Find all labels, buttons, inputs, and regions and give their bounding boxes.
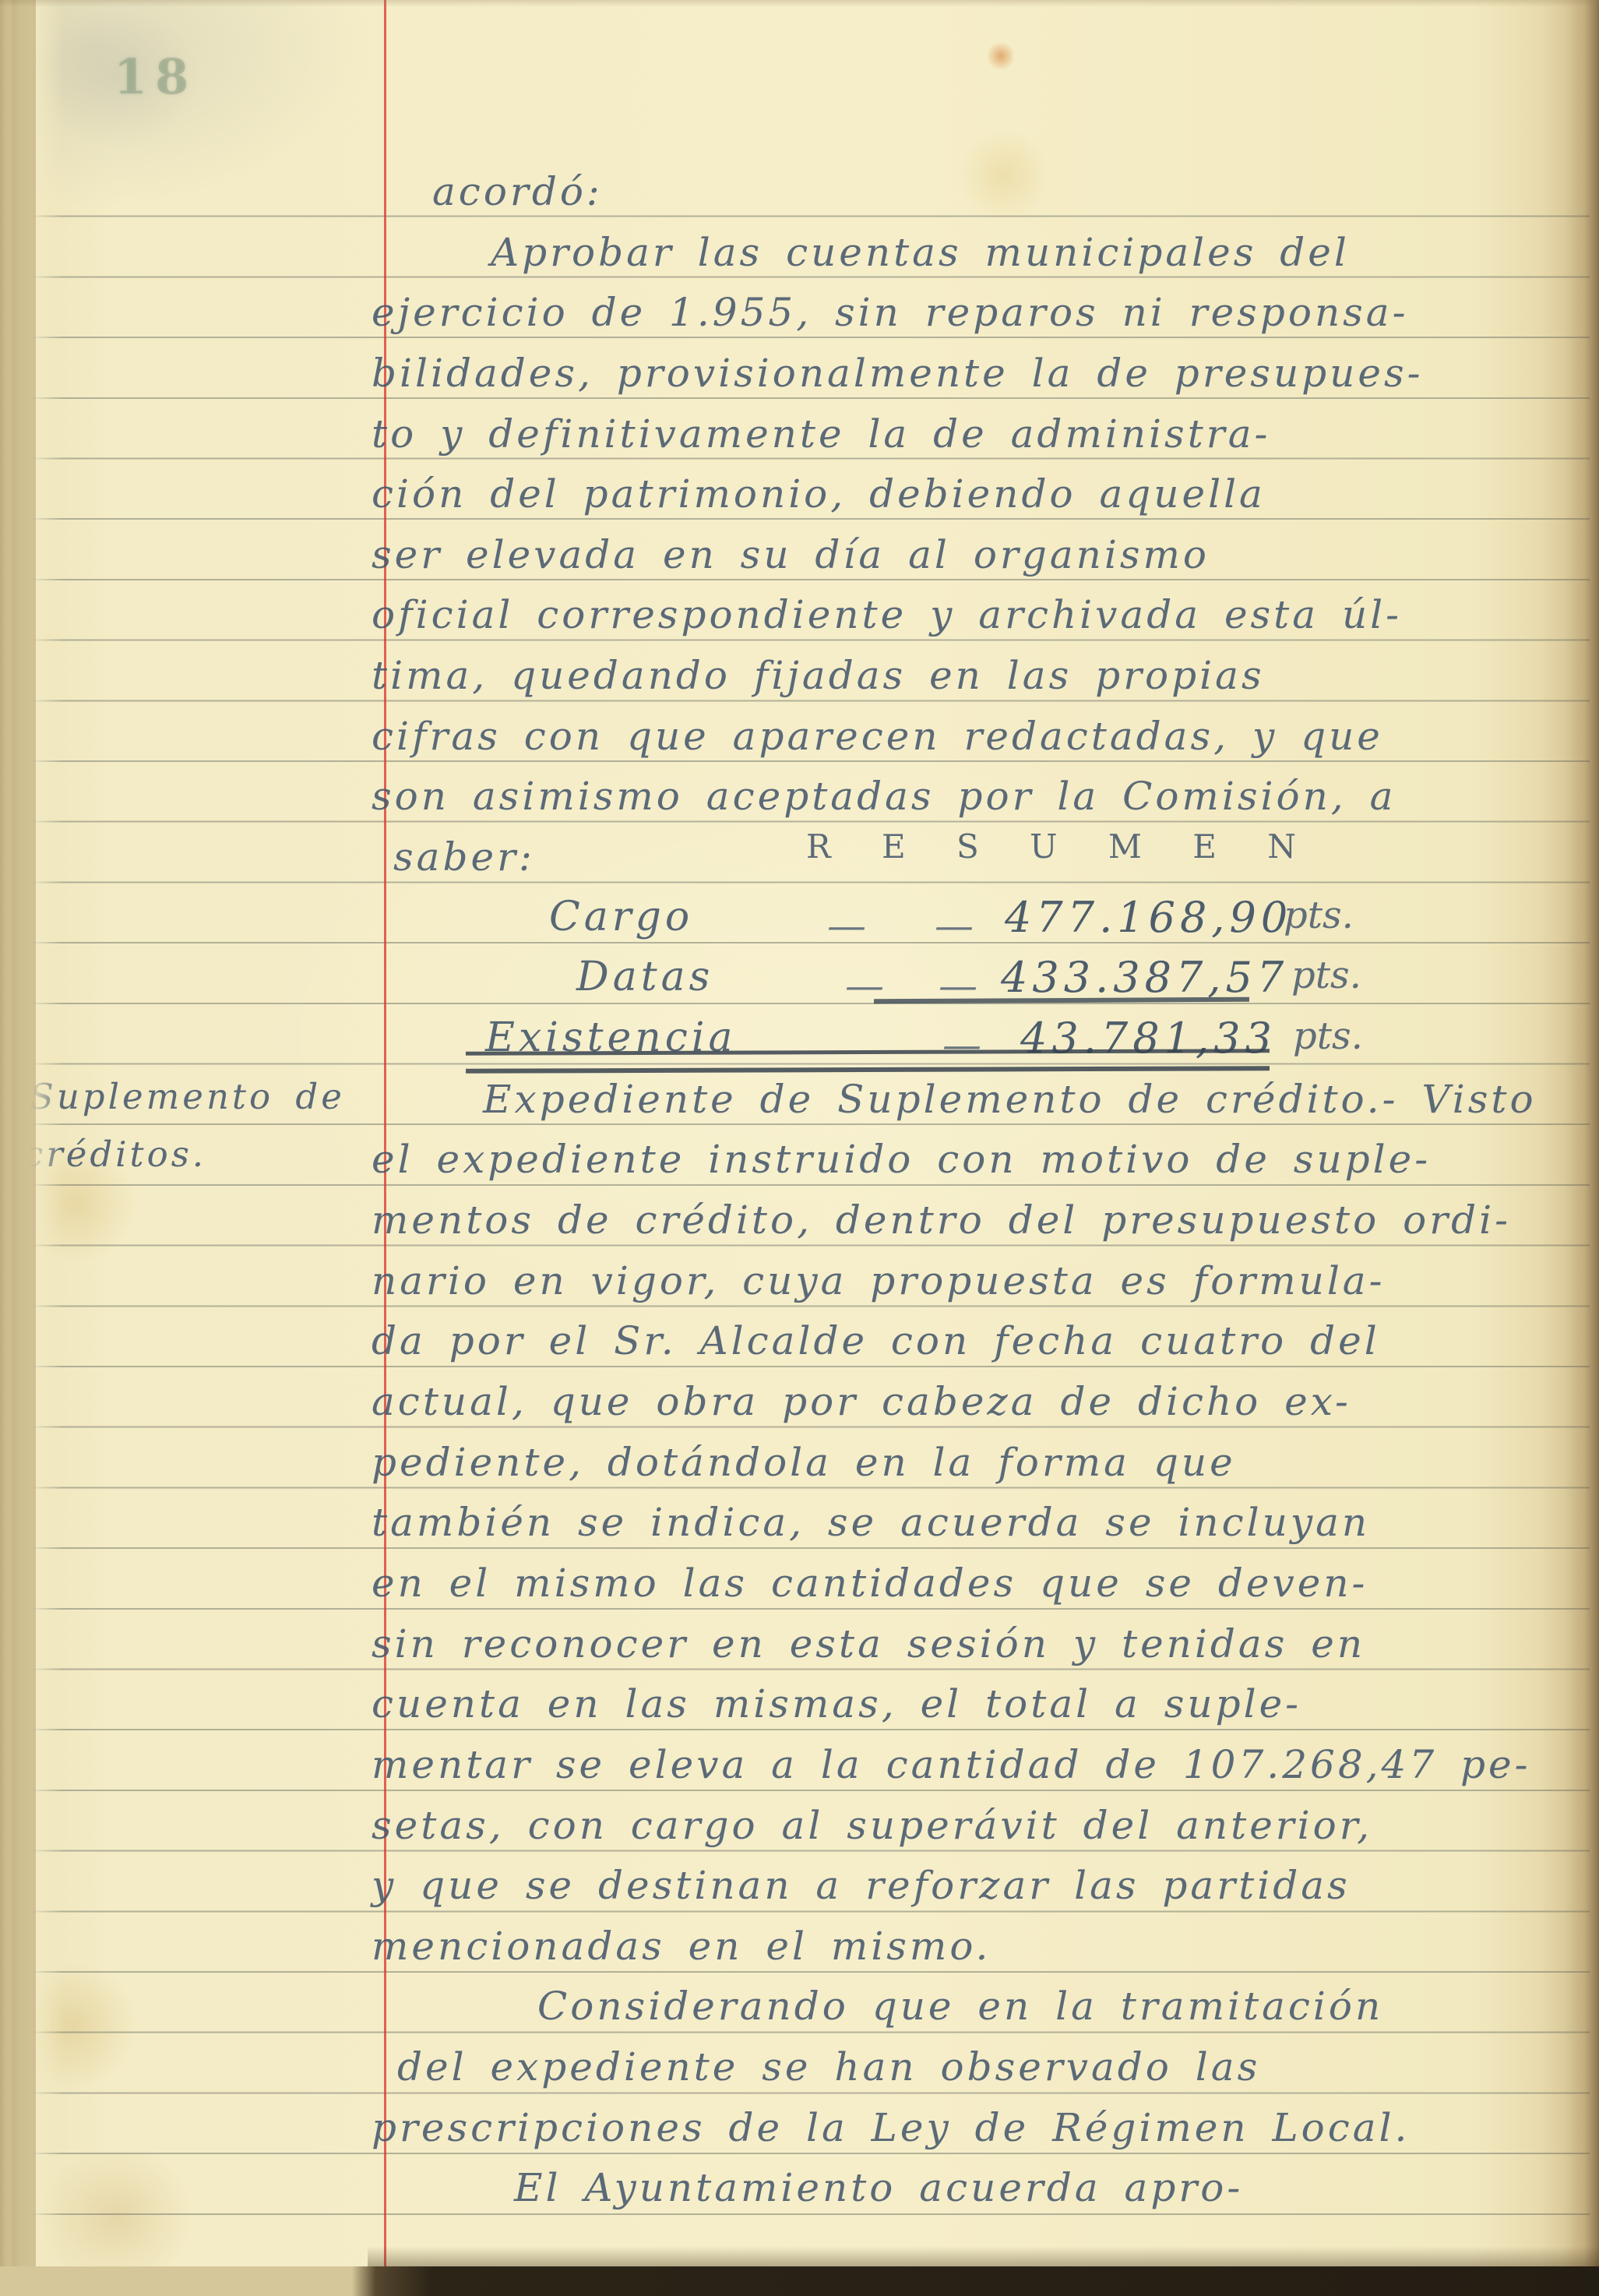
handwritten-line: cifras con que aparecen redactadas, y qu…: [372, 715, 1383, 757]
resumen-intro: saber:: [393, 836, 535, 878]
handwritten-line: oficial correspondiente y archivada esta…: [372, 594, 1402, 636]
resumen-row-unit: pts.: [1293, 1018, 1363, 1055]
resumen-title: R E S U M E N: [806, 831, 1316, 863]
binding-edge: [0, 0, 62, 2296]
handwritten-line: Expediente de Suplemento de crédito.- Vi…: [483, 1078, 1537, 1120]
scanned-manuscript-page: { "colors": { "paper": "#f4ecc6", "ink":…: [0, 0, 1599, 2296]
handwritten-line: sin reconocer en esta sesión y tenidas e…: [372, 1623, 1365, 1665]
resumen-row-dash: —: [935, 906, 974, 945]
handwritten-line: ción del patrimonio, debiendo aquella: [372, 473, 1266, 515]
margin-note-line: Suplemento de: [30, 1078, 345, 1116]
handwritten-line: en el mismo las cantidades que se deven-: [372, 1562, 1368, 1604]
page-bottom-shadow: [368, 2246, 1599, 2268]
handwritten-line: to y definitivamente la de administra-: [372, 413, 1270, 455]
page-number-stamp: 18: [114, 53, 196, 101]
handwritten-line: da por el Sr. Alcalde con fecha cuatro d…: [372, 1320, 1380, 1362]
handwritten-line: también se indica, se acuerda se incluya…: [372, 1501, 1370, 1543]
handwritten-line: ejercicio de 1.955, sin reparos ni respo…: [372, 291, 1409, 333]
resumen-row-unit: pts.: [1291, 957, 1361, 994]
handwritten-line: cuenta en las mismas, el total a suple-: [372, 1683, 1301, 1725]
handwritten-line: son asimismo aceptadas por la Comisión, …: [372, 775, 1396, 817]
handwritten-line: tima, quedando fijadas en las propias: [372, 654, 1265, 697]
handwritten-line: ser elevada en su día al organismo: [372, 534, 1210, 576]
handwritten-line: Considerando que en la tramitación: [537, 1985, 1383, 2027]
resumen-row-datas: Datas — — 433.387,57 pts.: [0, 957, 1599, 1011]
resumen-row-amount: 477.168,90: [1005, 897, 1292, 939]
page-top-edge: [0, 0, 1599, 7]
resumen-row-amount: 433.387,57: [1001, 957, 1288, 999]
handwritten-line: prescripciones de la Ley de Régimen Loca…: [372, 2107, 1410, 2149]
handwritten-line: mentar se eleva a la cantidad de 107.268…: [372, 1744, 1531, 1786]
handwritten-line: setas, con cargo al superávit del anteri…: [372, 1804, 1372, 1846]
handwritten-line: Aprobar las cuentas municipales del: [491, 231, 1350, 273]
total-double-underline: [466, 1049, 1270, 1074]
page-right-edge: [1538, 0, 1599, 2296]
page-bottom-edge: [0, 2266, 1599, 2296]
handwritten-line: mentos de crédito, dentro del presupuest…: [372, 1199, 1511, 1241]
handwritten-line: nario en vigor, cuya propuesta es formul…: [372, 1260, 1386, 1302]
handwritten-line: mencionadas en el mismo.: [372, 1925, 991, 1967]
handwritten-line: el expediente instruido con motivo de su…: [372, 1138, 1431, 1180]
resumen-row-label: Cargo: [549, 897, 693, 937]
resumen-row-unit: pts.: [1284, 897, 1354, 934]
resumen-row-dash: —: [827, 906, 866, 945]
handwritten-line: del expediente se han observado las: [397, 2046, 1260, 2088]
resumen-row-label: Datas: [576, 957, 713, 997]
handwritten-line: bilidades, provisionalmente la de presup…: [372, 352, 1424, 394]
handwritten-line: actual, que obra por cabeza de dicho ex-: [372, 1381, 1351, 1423]
handwritten-line: acordó:: [432, 171, 603, 213]
handwritten-line: El Ayuntamiento acuerda apro-: [514, 2167, 1243, 2209]
handwritten-line: y que se destinan a reforzar las partida…: [372, 1864, 1351, 1906]
handwritten-line: pediente, dotándola en la forma que: [372, 1441, 1236, 1483]
resumen-row-cargo: Cargo — — 477.168,90 pts.: [0, 897, 1599, 951]
